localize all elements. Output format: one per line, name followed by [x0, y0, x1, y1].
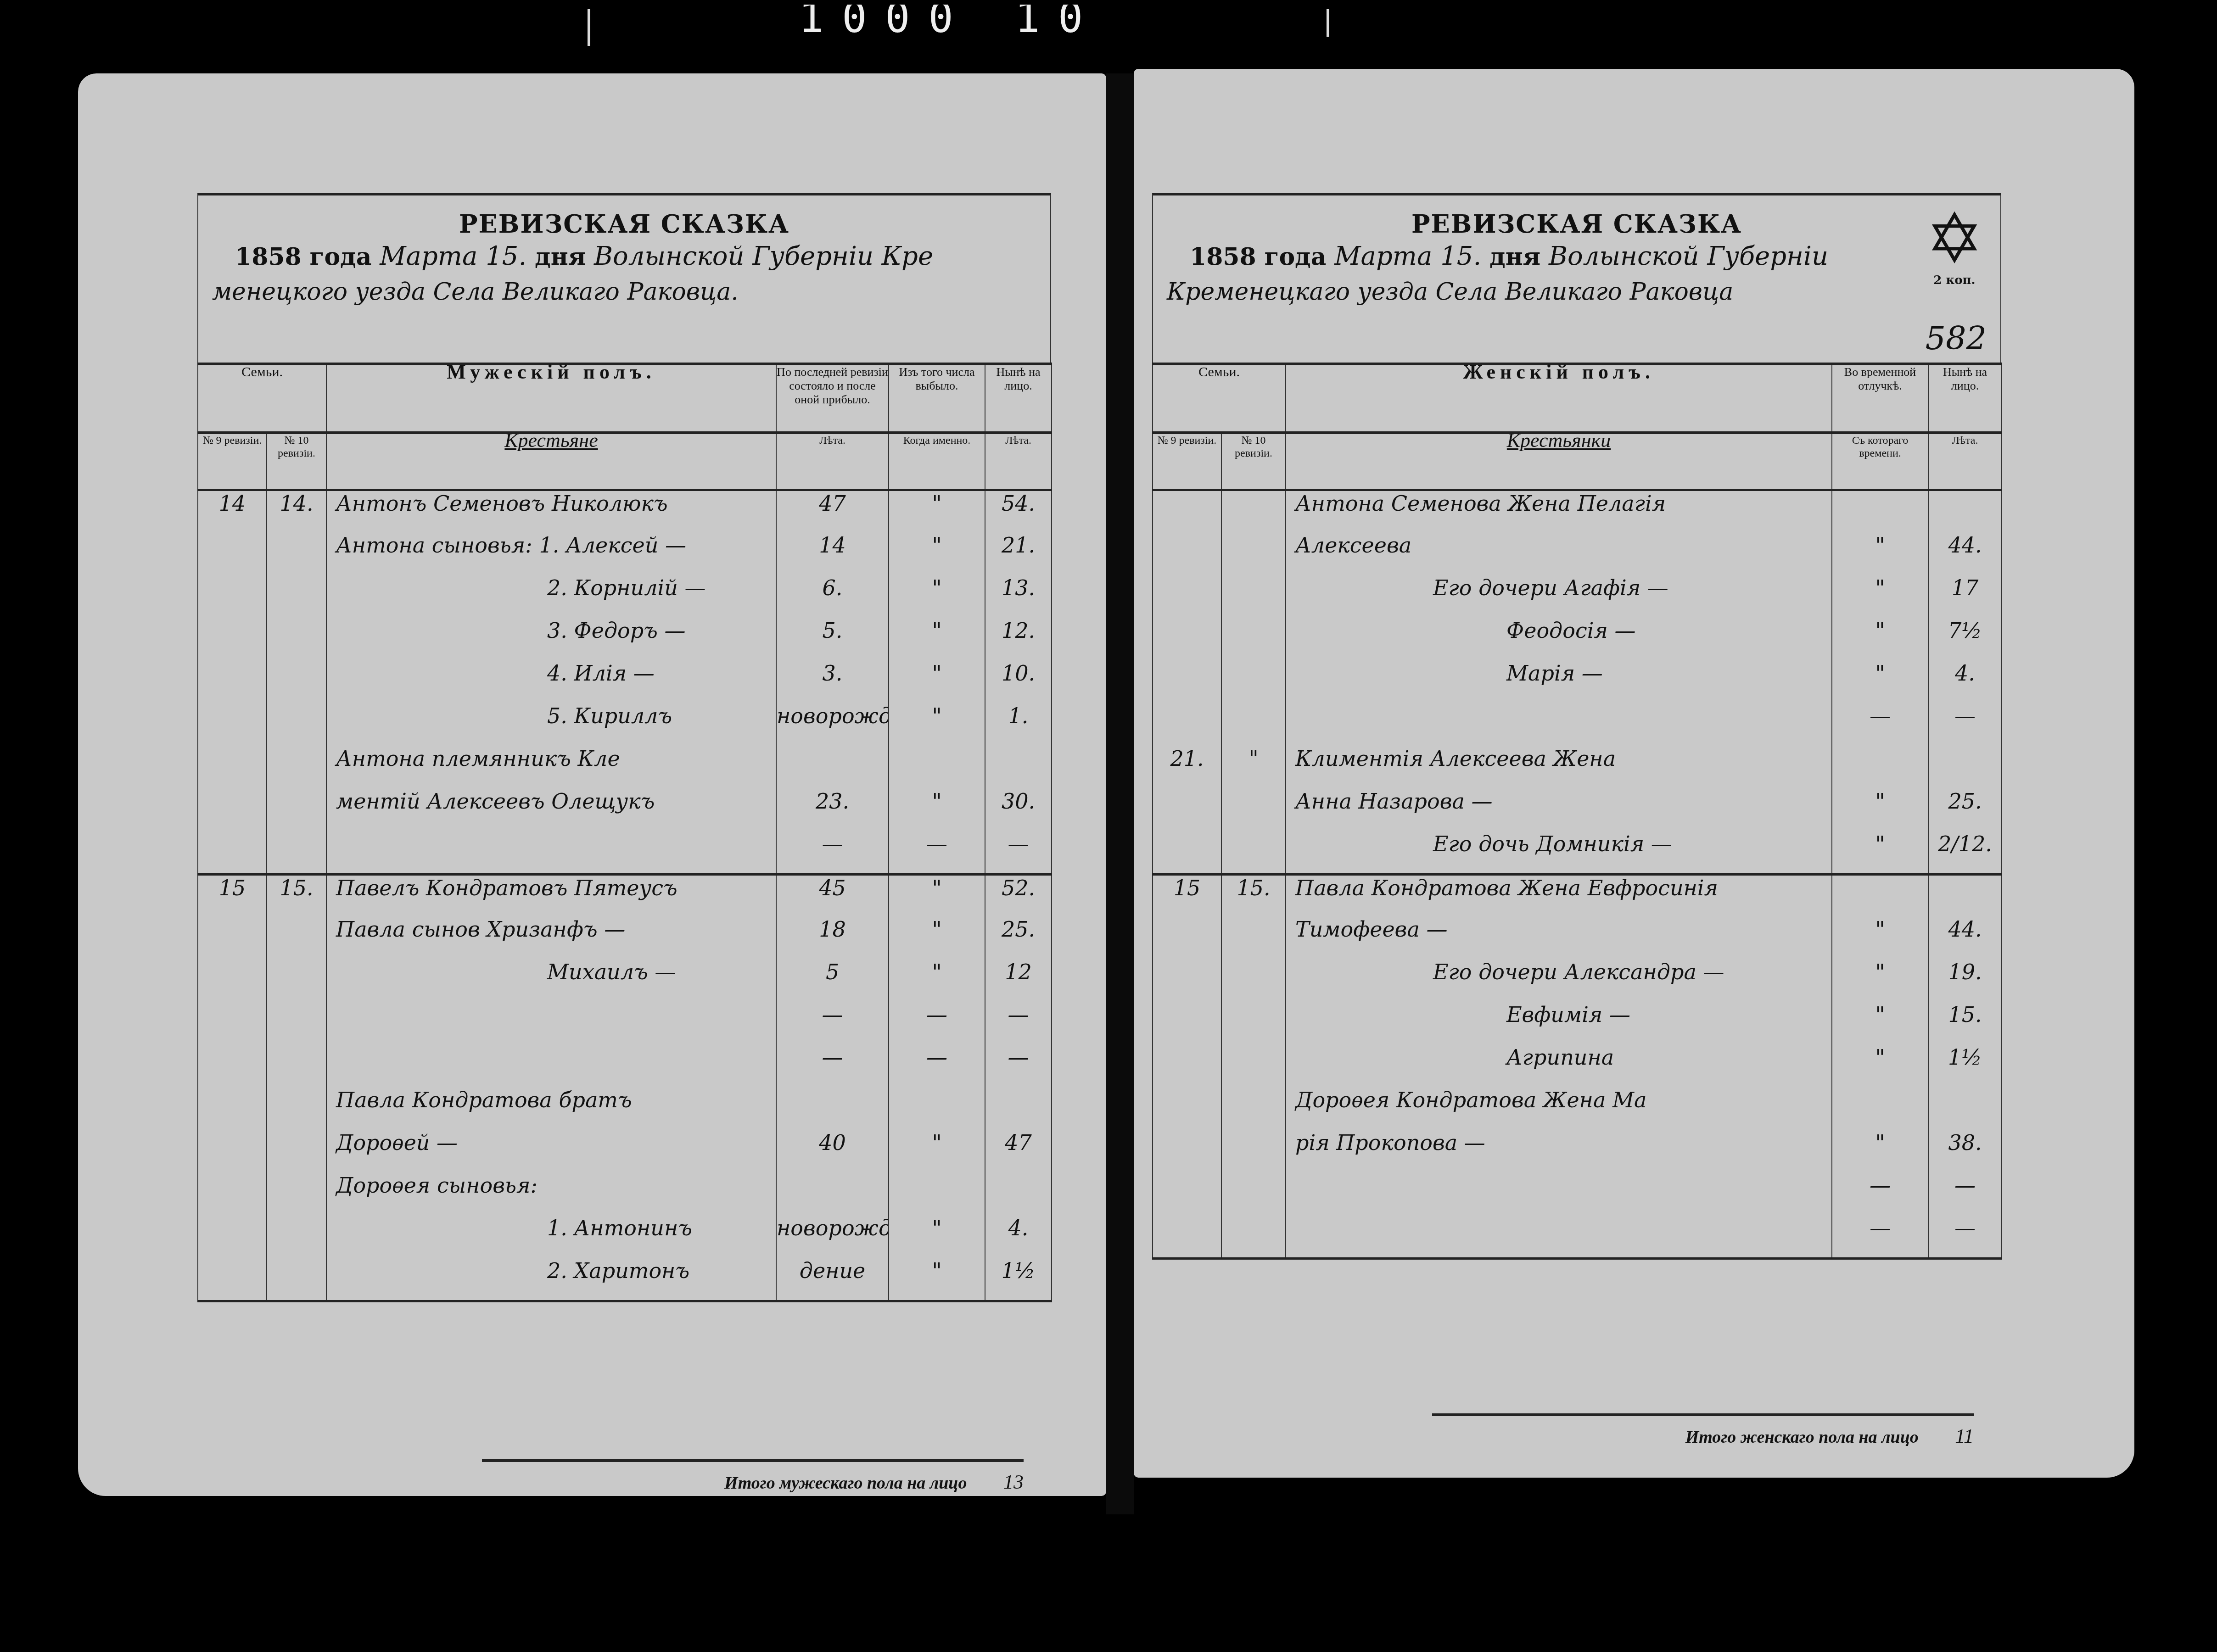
table-row: ментій Алексеевъ Олещукъ23."30.: [198, 789, 1052, 832]
now-age-cell: 19.: [1928, 960, 2002, 1002]
table-row: ——: [1153, 1216, 2002, 1258]
year: 1858: [1190, 243, 1256, 271]
col-rev10: № 10 ревизіи.: [1221, 433, 1286, 490]
name-cell: Тимофеева —: [1286, 917, 1832, 960]
rev9-cell: [198, 1216, 267, 1258]
rev10-cell: [267, 533, 326, 575]
name-cell: Антона Семенова Жена Пелагія: [1286, 490, 1832, 533]
now-age-cell: —: [985, 832, 1052, 874]
name-cell: Антонъ Семеновъ Николюкъ: [326, 490, 776, 533]
rev9-cell: [198, 618, 267, 661]
rev9-cell: [198, 746, 267, 789]
rev10-cell: [267, 1258, 326, 1301]
name-cell: 4. Илія —: [326, 661, 776, 703]
archive-number-strip: 1000 10: [551, 0, 1377, 41]
prev-age-cell: [776, 1088, 889, 1130]
male-rows: 1414.Антонъ Семеновъ Николюкъ47"54.Антон…: [198, 490, 1052, 1301]
rev10-cell: ": [1221, 746, 1286, 789]
rev10-cell: [267, 1216, 326, 1258]
departed-cell: —: [889, 832, 985, 874]
name-cell: [326, 832, 776, 874]
table-row: 5. Кириллъноворожд"1.: [198, 703, 1052, 746]
rev9-cell: [1153, 703, 1221, 746]
col-absence: Во временной отлучкѣ.: [1832, 364, 1928, 433]
prev-age-cell: новорожд: [776, 703, 889, 746]
now-age-cell: 4.: [1928, 661, 2002, 703]
rev10-cell: [1221, 1173, 1286, 1216]
now-age-cell: 12.: [985, 618, 1052, 661]
name-cell: [1286, 1173, 1832, 1216]
table-row: Павла Кондратова братъ: [198, 1088, 1052, 1130]
table-row: 3. Федоръ —5."12.: [198, 618, 1052, 661]
departed-cell: ": [889, 490, 985, 533]
table-row: ———: [198, 1002, 1052, 1045]
now-age-cell: 25.: [985, 917, 1052, 960]
rev10-cell: [1221, 832, 1286, 874]
table-row: Михаилъ —5"12: [198, 960, 1052, 1002]
prev-age-cell: —: [776, 1045, 889, 1088]
now-age-cell: 7½: [1928, 618, 2002, 661]
rev9-cell: [198, 661, 267, 703]
name-cell: Дороѳея Кондратова Жена Ма: [1286, 1088, 1832, 1130]
form-header-box: РЕВИЗСКАЯ СКАЗКА 1858 года Марта 15. дня…: [1152, 193, 2001, 363]
departed-cell: ": [889, 533, 985, 575]
name-cell: [326, 1045, 776, 1088]
rev9-cell: 21.: [1153, 746, 1221, 789]
place-line-2: Кременецкаго уезда Села Великаго Раковца: [1167, 278, 1733, 306]
col-family: Семьи.: [198, 364, 326, 433]
now-age-cell: 38.: [1928, 1130, 2002, 1173]
rev9-cell: [198, 1045, 267, 1088]
prev-age-cell: 6.: [776, 575, 889, 618]
rev9-cell: [1153, 1173, 1221, 1216]
rev9-cell: [1153, 1216, 1221, 1258]
rev10-cell: [267, 1002, 326, 1045]
absence-cell: ": [1832, 960, 1928, 1002]
prev-age-cell: 3.: [776, 661, 889, 703]
rev9-cell: [198, 1173, 267, 1216]
place-line-1: Волынской Губерніи Кре: [594, 241, 933, 271]
rev9-cell: 15: [198, 874, 267, 917]
rev10-cell: [1221, 575, 1286, 618]
now-age-cell: 1½: [1928, 1045, 2002, 1088]
rev9-cell: [1153, 618, 1221, 661]
col-prev-revision: По последней ревизіи состояло и после он…: [776, 364, 889, 433]
absence-cell: ": [1832, 832, 1928, 874]
col-since-when: Съ котораго времени.: [1832, 433, 1928, 490]
now-age-cell: —: [1928, 1216, 2002, 1258]
name-cell: [1286, 703, 1832, 746]
place-line-1: Волынской Губерніи: [1549, 241, 1828, 271]
now-age-cell: 44.: [1928, 917, 2002, 960]
col-section-female: Женскій полъ.: [1286, 364, 1832, 433]
prev-age-cell: 40: [776, 1130, 889, 1173]
rev10-cell: [1221, 661, 1286, 703]
now-age-cell: —: [1928, 1173, 2002, 1216]
rev9-cell: [198, 1258, 267, 1301]
table-row: Дороѳея сыновья:: [198, 1173, 1052, 1216]
now-age-cell: [1928, 874, 2002, 917]
rev10-cell: [1221, 1130, 1286, 1173]
prev-age-cell: [776, 1173, 889, 1216]
prev-age-cell: 14: [776, 533, 889, 575]
now-age-cell: —: [985, 1002, 1052, 1045]
absence-cell: [1832, 1088, 1928, 1130]
absence-cell: ": [1832, 1045, 1928, 1088]
rev10-cell: [267, 789, 326, 832]
table-row: 1515.Павла Кондратова Жена Евфросинія: [1153, 874, 2002, 917]
departed-cell: [889, 1173, 985, 1216]
now-age-cell: 12: [985, 960, 1052, 1002]
departed-cell: ": [889, 1216, 985, 1258]
name-cell: Дороѳей —: [326, 1130, 776, 1173]
table-row: ———: [198, 1045, 1052, 1088]
rev10-cell: [1221, 1045, 1286, 1088]
rev10-cell: [267, 661, 326, 703]
month: Марта: [1334, 241, 1432, 271]
estate-label: Крестьяне: [326, 433, 776, 490]
name-cell: Дороѳея сыновья:: [326, 1173, 776, 1216]
now-age-cell: 54.: [985, 490, 1052, 533]
table-row: 2. Корнилій —6."13.: [198, 575, 1052, 618]
strip-tick: [588, 9, 590, 46]
now-age-cell: [1928, 1088, 2002, 1130]
rev10-cell: [267, 1173, 326, 1216]
absence-cell: [1832, 746, 1928, 789]
prev-age-cell: —: [776, 1002, 889, 1045]
departed-cell: ": [889, 789, 985, 832]
rev9-cell: [1153, 789, 1221, 832]
rev10-cell: [1221, 703, 1286, 746]
rev9-cell: [1153, 533, 1221, 575]
female-total-value: 11: [1955, 1425, 1974, 1447]
date-line: 1858 года Марта 15. дня Волынской Губерн…: [1190, 241, 1828, 271]
rev10-cell: 15.: [267, 874, 326, 917]
now-age-cell: 17: [1928, 575, 2002, 618]
col-years-now: Лѣта.: [985, 433, 1052, 490]
rev9-cell: [1153, 1088, 1221, 1130]
table-row: Его дочери Агафія —"17: [1153, 575, 2002, 618]
name-cell: Анна Назарова —: [1286, 789, 1832, 832]
departed-cell: —: [889, 1002, 985, 1045]
rev10-cell: 15.: [1221, 874, 1286, 917]
col-years: Лѣта.: [776, 433, 889, 490]
now-age-cell: 47: [985, 1130, 1052, 1173]
col-years: Лѣта.: [1928, 433, 2002, 490]
rev9-cell: [1153, 1002, 1221, 1045]
rev10-cell: [1221, 789, 1286, 832]
day: 15.: [1440, 241, 1481, 271]
female-table: Семьи. Женскій полъ. Во временной отлучк…: [1152, 363, 2002, 1260]
rev10-cell: [267, 960, 326, 1002]
rev9-cell: [198, 832, 267, 874]
departed-cell: ": [889, 917, 985, 960]
rev10-cell: [267, 746, 326, 789]
table-row: ——: [1153, 1173, 2002, 1216]
rev10-cell: [267, 1088, 326, 1130]
table-row: 1414.Антонъ Семеновъ Николюкъ47"54.: [198, 490, 1052, 533]
name-cell: ментій Алексеевъ Олещукъ: [326, 789, 776, 832]
name-cell: 3. Федоръ —: [326, 618, 776, 661]
table-row: Антона сыновья: 1. Алексей —14"21.: [198, 533, 1052, 575]
rev9-cell: [198, 1002, 267, 1045]
now-age-cell: 21.: [985, 533, 1052, 575]
absence-cell: ": [1832, 661, 1928, 703]
absence-cell: ": [1832, 533, 1928, 575]
absence-cell: ": [1832, 575, 1928, 618]
year-label: года: [1265, 243, 1327, 271]
col-section-male: Мужескій полъ.: [326, 364, 776, 433]
table-row: Тимофеева —"44.: [1153, 917, 2002, 960]
form-title: РЕВИЗСКАЯ СКАЗКА: [1153, 209, 2000, 239]
table-row: Алексеева"44.: [1153, 533, 2002, 575]
rev10-cell: [267, 618, 326, 661]
table-row: Антона племянникъ Кле: [198, 746, 1052, 789]
female-total-label: Итого женскаго пола на лицо: [1685, 1428, 1919, 1447]
name-cell: Павла Кондратова братъ: [326, 1088, 776, 1130]
now-age-cell: [985, 1173, 1052, 1216]
rev10-cell: [267, 1045, 326, 1088]
name-cell: Климентія Алексеева Жена: [1286, 746, 1832, 789]
name-cell: Павла Кондратова Жена Евфросинія: [1286, 874, 1832, 917]
now-age-cell: [1928, 746, 2002, 789]
rev10-cell: [1221, 960, 1286, 1002]
table-row: 4. Илія —3."10.: [198, 661, 1052, 703]
prev-age-cell: 5: [776, 960, 889, 1002]
rev9-cell: [198, 960, 267, 1002]
revenue-stamp: ✡ 2 коп.: [1922, 205, 1987, 287]
name-cell: 1. Антонинъ: [326, 1216, 776, 1258]
now-age-cell: 10.: [985, 661, 1052, 703]
departed-cell: ": [889, 618, 985, 661]
col-now: Нынѣ на лицо.: [985, 364, 1052, 433]
now-age-cell: 25.: [1928, 789, 2002, 832]
name-cell: Его дочь Домникія —: [1286, 832, 1832, 874]
table-row: 21."Климентія Алексеева Жена: [1153, 746, 2002, 789]
archive-number: 1000 10: [799, 5, 1101, 34]
col-family: Семьи.: [1153, 364, 1286, 433]
rev9-cell: [198, 703, 267, 746]
prev-age-cell: новорожд: [776, 1216, 889, 1258]
absence-cell: —: [1832, 1216, 1928, 1258]
absence-cell: ": [1832, 1002, 1928, 1045]
double-headed-eagle-icon: ✡: [1922, 205, 1987, 273]
prev-age-cell: 47: [776, 490, 889, 533]
name-cell: 2. Корнилій —: [326, 575, 776, 618]
name-cell: Агрипина: [1286, 1045, 1832, 1088]
place-line-2: менецкого уезда Села Великаго Раковца.: [212, 278, 739, 306]
rev10-cell: [1221, 533, 1286, 575]
rev10-cell: [267, 1130, 326, 1173]
estate-label: Крестьянки: [1286, 433, 1832, 490]
absence-cell: [1832, 874, 1928, 917]
rev9-cell: 15: [1153, 874, 1221, 917]
rev9-cell: [1153, 832, 1221, 874]
rev9-cell: [198, 789, 267, 832]
year: 1858: [235, 243, 302, 271]
rev9-cell: [1153, 1045, 1221, 1088]
col-rev10: № 10 ревизіи.: [267, 433, 326, 490]
strip-tick: [1327, 9, 1329, 37]
book-gutter: [1106, 73, 1134, 1514]
absence-cell: —: [1832, 703, 1928, 746]
rev10-cell: [1221, 1088, 1286, 1130]
rev10-cell: [1221, 1002, 1286, 1045]
rev10-cell: 14.: [267, 490, 326, 533]
now-age-cell: 4.: [985, 1216, 1052, 1258]
table-row: Антона Семенова Жена Пелагія: [1153, 490, 2002, 533]
absence-cell: ": [1832, 917, 1928, 960]
form-title: РЕВИЗСКАЯ СКАЗКА: [198, 209, 1050, 239]
now-age-cell: [1928, 490, 2002, 533]
rev10-cell: [267, 917, 326, 960]
name-cell: Алексеева: [1286, 533, 1832, 575]
name-cell: Антона сыновья: 1. Алексей —: [326, 533, 776, 575]
name-cell: рія Прокопова —: [1286, 1130, 1832, 1173]
name-cell: [326, 1002, 776, 1045]
female-total: Итого женскаго пола на лицо 11: [1432, 1413, 1974, 1448]
rev9-cell: [1153, 1130, 1221, 1173]
col-when: Когда именно.: [889, 433, 985, 490]
rev9-cell: [1153, 490, 1221, 533]
departed-cell: ": [889, 1258, 985, 1301]
name-cell: [1286, 1216, 1832, 1258]
prev-age-cell: 23.: [776, 789, 889, 832]
rev10-cell: [1221, 618, 1286, 661]
table-row: Павла сынов Хризанфъ —18"25.: [198, 917, 1052, 960]
table-row: Его дочь Домникія —"2/12.: [1153, 832, 2002, 874]
rev9-cell: [198, 917, 267, 960]
absence-cell: ": [1832, 618, 1928, 661]
male-total: Итого мужескаго пола на лицо 13: [482, 1459, 1024, 1494]
rev10-cell: [1221, 917, 1286, 960]
departed-cell: ": [889, 575, 985, 618]
table-row: ——: [1153, 703, 2002, 746]
departed-cell: ": [889, 661, 985, 703]
female-rows: Антона Семенова Жена ПелагіяАлексеева"44…: [1153, 490, 2002, 1258]
rev9-cell: [198, 575, 267, 618]
prev-age-cell: 5.: [776, 618, 889, 661]
now-age-cell: 1.: [985, 703, 1052, 746]
now-age-cell: 15.: [1928, 1002, 2002, 1045]
prev-age-cell: 18: [776, 917, 889, 960]
departed-cell: ": [889, 874, 985, 917]
absence-cell: [1832, 490, 1928, 533]
rev9-cell: [198, 533, 267, 575]
table-row: 1. Антонинъноворожд"4.: [198, 1216, 1052, 1258]
now-age-cell: —: [985, 1045, 1052, 1088]
table-row: Дороѳей —40"47: [198, 1130, 1052, 1173]
table-row: 2. Харитонъдение"1½: [198, 1258, 1052, 1301]
rev10-cell: [267, 703, 326, 746]
col-rev9: № 9 ревизіи.: [198, 433, 267, 490]
name-cell: 5. Кириллъ: [326, 703, 776, 746]
prev-age-cell: 45: [776, 874, 889, 917]
rev9-cell: [198, 1088, 267, 1130]
male-table: Семьи. Мужескій полъ. По последней ревиз…: [197, 363, 1052, 1302]
table-row: Марія —"4.: [1153, 661, 2002, 703]
prev-age-cell: дение: [776, 1258, 889, 1301]
name-cell: Марія —: [1286, 661, 1832, 703]
year-label: года: [310, 243, 372, 271]
table-row: Дороѳея Кондратова Жена Ма: [1153, 1088, 2002, 1130]
name-cell: Феодосія —: [1286, 618, 1832, 661]
name-cell: 2. Харитонъ: [326, 1258, 776, 1301]
day-label: дня: [535, 243, 586, 271]
rev9-cell: [1153, 661, 1221, 703]
absence-cell: —: [1832, 1173, 1928, 1216]
now-age-cell: 2/12.: [1928, 832, 2002, 874]
rev9-cell: [1153, 575, 1221, 618]
name-cell: Павелъ Кондратовъ Пятеусъ: [326, 874, 776, 917]
rev9-cell: 14: [198, 490, 267, 533]
name-cell: Павла сынов Хризанфъ —: [326, 917, 776, 960]
table-row: Агрипина"1½: [1153, 1045, 2002, 1088]
now-age-cell: [985, 746, 1052, 789]
name-cell: Его дочери Александра —: [1286, 960, 1832, 1002]
departed-cell: ": [889, 960, 985, 1002]
date-line: 1858 года Марта 15. дня Волынской Губерн…: [235, 241, 933, 271]
col-now: Нынѣ на лицо.: [1928, 364, 2002, 433]
name-cell: Евфимія —: [1286, 1002, 1832, 1045]
now-age-cell: —: [1928, 703, 2002, 746]
table-row: Евфимія —"15.: [1153, 1002, 2002, 1045]
day-label: дня: [1489, 243, 1540, 271]
table-row: рія Прокопова —"38.: [1153, 1130, 2002, 1173]
table-row: Его дочери Александра —"19.: [1153, 960, 2002, 1002]
form-header-box: РЕВИЗСКАЯ СКАЗКА 1858 года Марта 15. дня…: [197, 193, 1051, 363]
rev9-cell: [1153, 960, 1221, 1002]
name-cell: Его дочери Агафія —: [1286, 575, 1832, 618]
male-census-form: РЕВИЗСКАЯ СКАЗКА 1858 года Марта 15. дня…: [197, 193, 1051, 1302]
now-age-cell: 30.: [985, 789, 1052, 832]
departed-cell: ": [889, 1130, 985, 1173]
month: Марта: [380, 241, 477, 271]
folio-number: 582: [1925, 319, 1987, 357]
prev-age-cell: —: [776, 832, 889, 874]
now-age-cell: 13.: [985, 575, 1052, 618]
now-age-cell: [985, 1088, 1052, 1130]
absence-cell: ": [1832, 1130, 1928, 1173]
col-rev9: № 9 ревизіи.: [1153, 433, 1221, 490]
col-departed: Изъ того числа выбыло.: [889, 364, 985, 433]
male-total-label: Итого мужескаго пола на лицо: [724, 1473, 967, 1493]
table-row: ———: [198, 832, 1052, 874]
rev9-cell: [198, 1130, 267, 1173]
departed-cell: ": [889, 703, 985, 746]
female-census-form: РЕВИЗСКАЯ СКАЗКА 1858 года Марта 15. дня…: [1152, 193, 2001, 1260]
name-cell: Михаилъ —: [326, 960, 776, 1002]
table-row: Анна Назарова —"25.: [1153, 789, 2002, 832]
departed-cell: —: [889, 1045, 985, 1088]
rev9-cell: [1153, 917, 1221, 960]
rev10-cell: [267, 832, 326, 874]
rev10-cell: [1221, 1216, 1286, 1258]
departed-cell: [889, 746, 985, 789]
name-cell: Антона племянникъ Кле: [326, 746, 776, 789]
table-row: Феодосія —"7½: [1153, 618, 2002, 661]
rev10-cell: [1221, 490, 1286, 533]
now-age-cell: 52.: [985, 874, 1052, 917]
day: 15.: [486, 241, 526, 271]
male-total-value: 13: [1003, 1471, 1024, 1493]
rev10-cell: [267, 575, 326, 618]
table-row: 1515.Павелъ Кондратовъ Пятеусъ45"52.: [198, 874, 1052, 917]
departed-cell: [889, 1088, 985, 1130]
now-age-cell: 1½: [985, 1258, 1052, 1301]
now-age-cell: 44.: [1928, 533, 2002, 575]
prev-age-cell: [776, 746, 889, 789]
